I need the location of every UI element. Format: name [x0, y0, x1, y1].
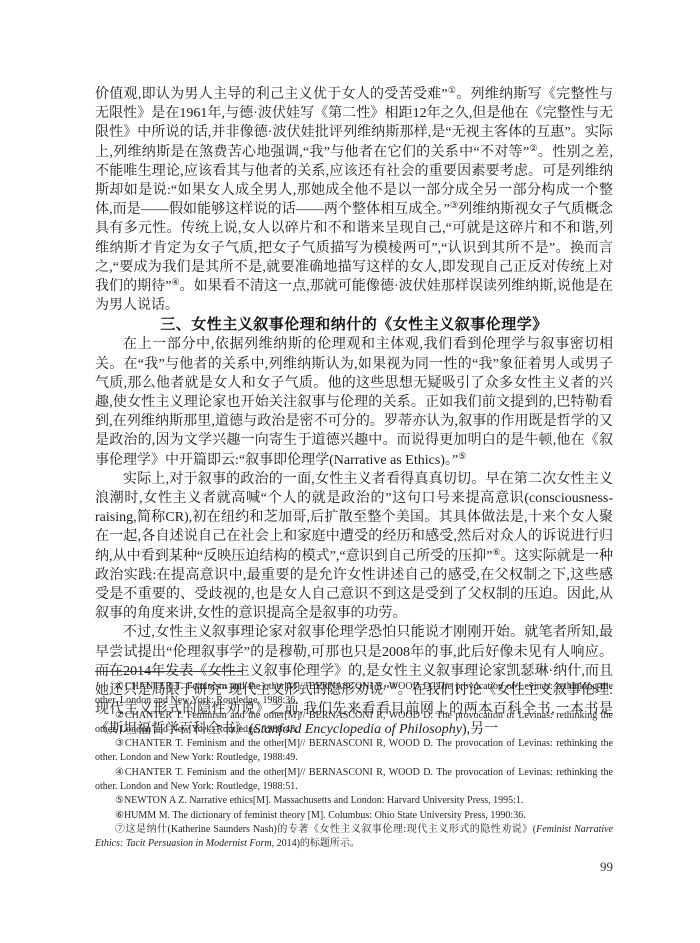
- body-paragraph: 在上一部分中,依据列维纳斯的伦理观和主体观,我们看到伦理学与叙事密切相关。在“我…: [95, 335, 613, 469]
- footnote-item: ⑤NEWTON A Z. Narrative ethics[M]. Massac…: [95, 794, 613, 808]
- footnote-item: ⑦这是纳什(Katherine Saunders Nash)的专著《女性主义叙事…: [95, 823, 613, 852]
- text-segment: ②CHANTER T. Feminism and the other[M]// …: [95, 710, 613, 735]
- footnote-item: ④CHANTER T. Feminism and the other[M]// …: [95, 766, 613, 795]
- body-text: 价值观,即认为男人主导的利己主义优于女人的受苦受难”①。列维纳斯写《完整性与无限…: [95, 85, 613, 739]
- section-heading: 三、女性主义叙事伦理和纳什的《女性主义叙事伦理学》: [95, 315, 613, 335]
- footnote-reference: ⑥: [492, 547, 500, 557]
- footnote-item: ②CHANTER T. Feminism and the other[M]// …: [95, 709, 613, 738]
- footnote-reference: ⑤: [458, 451, 466, 461]
- text-segment: ①CHANTER T. Feminism and the other[M]// …: [95, 681, 613, 706]
- text-segment: ⑥HUMM M. The dictionary of feminist theo…: [115, 810, 526, 821]
- text-segment: ⑤NEWTON A Z. Narrative ethics[M]. Massac…: [115, 795, 523, 806]
- footnote-item: ③CHANTER T. Feminism and the other[M]// …: [95, 737, 613, 766]
- footnote-reference: ③: [450, 200, 458, 210]
- text-segment: , 2014)的标题所示。: [272, 838, 360, 849]
- page-number: 99: [600, 859, 613, 875]
- body-paragraph: 价值观,即认为男人主导的利己主义优于女人的受苦受难”①。列维纳斯写《完整性与无限…: [95, 85, 613, 315]
- footnote-reference: ①: [448, 85, 457, 95]
- text-segment: ④CHANTER T. Feminism and the other[M]// …: [95, 767, 613, 792]
- body-paragraph: 实际上,对于叙事的政治的一面,女性主义者看得真真切切。早在第二次女性主义浪潮时,…: [95, 470, 613, 624]
- footnote-item: ①CHANTER T. Feminism and the other[M]// …: [95, 680, 613, 709]
- footnote-reference: ②: [529, 143, 538, 153]
- document-page: 价值观,即认为男人主导的利己主义优于女人的受苦受难”①。列维纳斯写《完整性与无限…: [0, 0, 700, 943]
- footnote-reference: ④: [171, 277, 179, 287]
- text-segment: 在上一部分中,依据列维纳斯的伦理观和主体观,我们看到伦理学与叙事密切相关。在“我…: [95, 337, 613, 467]
- footnote-item: ⑥HUMM M. The dictionary of feminist theo…: [95, 809, 613, 823]
- text-segment: ⑦这是纳什(Katherine Saunders Nash)的专著《女性主义叙事…: [115, 824, 536, 835]
- text-segment: 价值观,即认为男人主导的利己主义优于女人的受苦受难”: [95, 87, 448, 102]
- text-segment: ③CHANTER T. Feminism and the other[M]// …: [95, 738, 613, 763]
- footnotes: ①CHANTER T. Feminism and the other[M]// …: [95, 680, 613, 852]
- footnote-separator: [95, 671, 243, 672]
